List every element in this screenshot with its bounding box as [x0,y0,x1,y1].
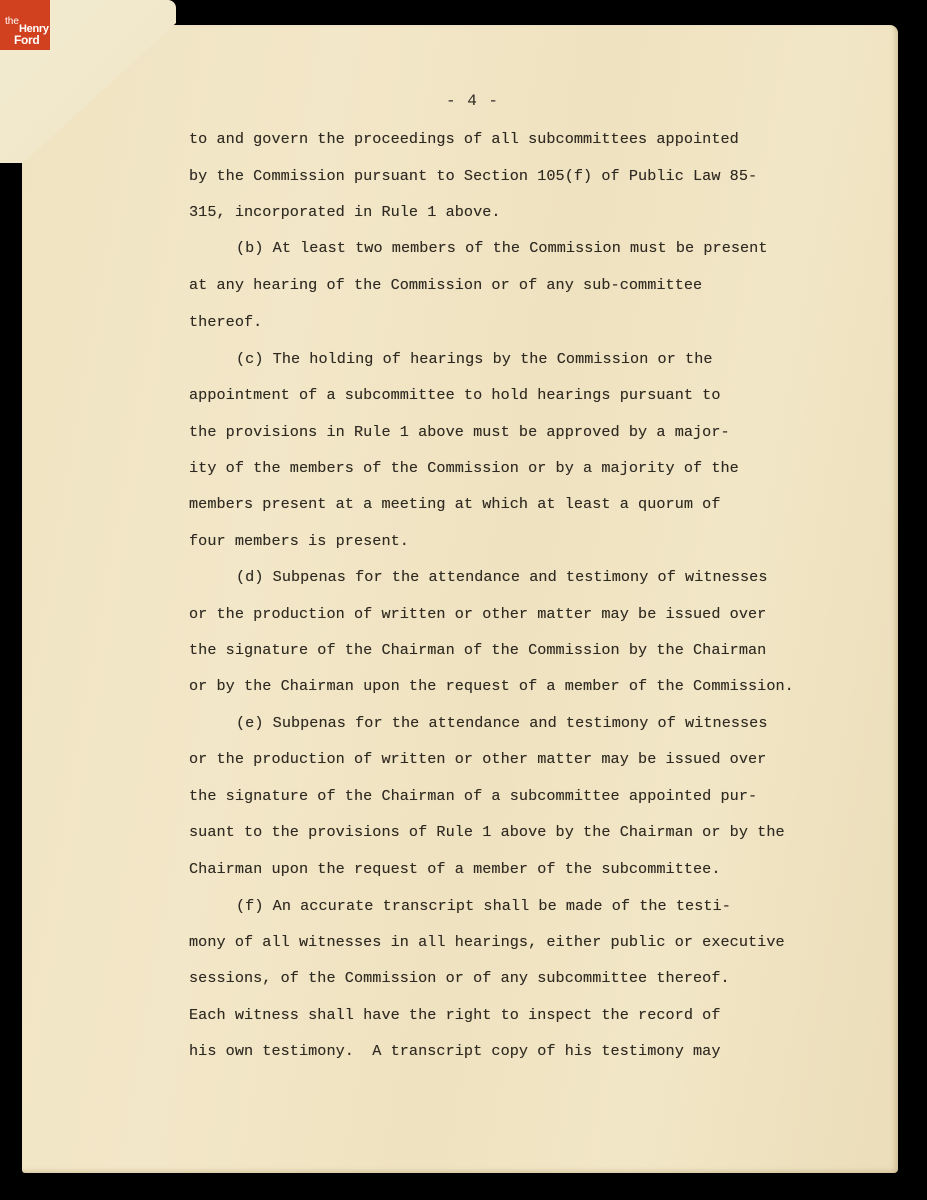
text-line: suant to the provisions of Rule 1 above … [189,823,785,841]
text-line: his own testimony. A transcript copy of … [189,1042,721,1060]
henry-ford-logo: the Henry Ford [0,0,50,50]
paragraph-c-start: (c) The holding of hearings by the Commi… [236,350,713,368]
paragraph-e-start: (e) Subpenas for the attendance and test… [236,714,768,732]
text-line: the signature of the Chairman of a subco… [189,787,757,805]
paragraph-f-start: (f) An accurate transcript shall be made… [236,897,731,915]
text-line: 315, incorporated in Rule 1 above. [189,203,501,221]
text-line: the provisions in Rule 1 above must be a… [189,423,730,441]
text-line: or by the Chairman upon the request of a… [189,677,794,695]
logo-text-the: the [5,17,19,27]
paragraph-b-start: (b) At least two members of the Commissi… [236,239,768,257]
text-line: members present at a meeting at which at… [189,495,721,513]
text-line: sessions, of the Commission or of any su… [189,969,730,987]
text-line: appointment of a subcommittee to hold he… [189,386,721,404]
text-line: at any hearing of the Commission or of a… [189,276,702,294]
text-line: four members is present. [189,532,409,550]
text-line: or the production of written or other ma… [189,750,766,768]
text-line: ity of the members of the Commission or … [189,459,739,477]
document-page [22,25,898,1173]
text-line: to and govern the proceedings of all sub… [189,130,739,148]
logo-text-ford: Ford [14,34,39,46]
text-line: thereof. [189,313,262,331]
page-number: - 4 - [446,92,499,110]
text-line: Each witness shall have the right to ins… [189,1006,721,1024]
text-line: Chairman upon the request of a member of… [189,860,721,878]
text-line: mony of all witnesses in all hearings, e… [189,933,785,951]
text-line: the signature of the Chairman of the Com… [189,641,766,659]
paragraph-d-start: (d) Subpenas for the attendance and test… [236,568,768,586]
text-line: by the Commission pursuant to Section 10… [189,167,757,185]
text-line: or the production of written or other ma… [189,605,766,623]
